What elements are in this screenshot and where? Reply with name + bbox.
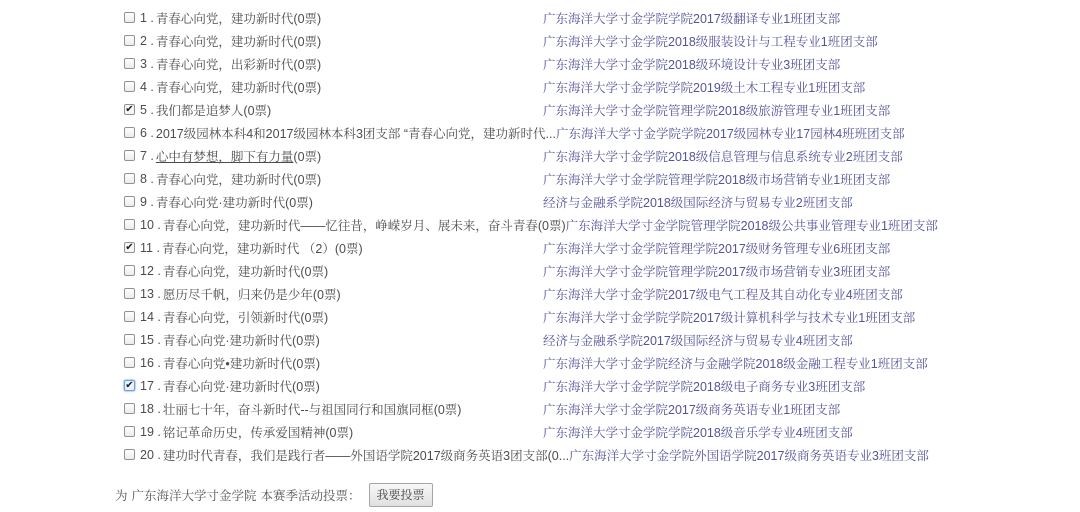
vote-row: 1 . 青春心向党，建功新时代 (0票) 广东海洋大学寸金学院学院2017级翻译…	[124, 6, 1044, 29]
vote-org-cell: 广东海洋大学寸金学院学院2017级园林专业17园林4班班团支部	[556, 124, 1044, 142]
vote-checkbox[interactable]: ✔	[124, 242, 135, 253]
vote-entry: 20 . 建功时代青春，我们是践行者——外国语学院2017级商务英语3团支部(0…	[124, 446, 569, 464]
vote-checkbox[interactable]: ✔	[124, 380, 135, 391]
vote-count: (0票)	[300, 262, 328, 280]
vote-row: 13 . 愿历尽千帆，归来仍是少年 (0票) 广东海洋大学寸金学院2017级电气…	[124, 282, 1044, 305]
org-link[interactable]: 广东海洋大学寸金学院管理学院2017级财务管理专业6班团支部	[543, 242, 890, 256]
org-link[interactable]: 广东海洋大学寸金学院学院2018级音乐学专业4班团支部	[543, 426, 853, 440]
vote-org-cell: 广东海洋大学寸金学院管理学院2018级市场营销专业1班团支部	[543, 170, 1044, 188]
vote-row: 2 . 青春心向党，建功新时代 (0票) 广东海洋大学寸金学院2018级服装设计…	[124, 29, 1044, 52]
vote-entry: ✔ 17 . 青春心向党·建功新时代 (0票)	[124, 377, 543, 395]
vote-checkbox[interactable]: ✔	[124, 104, 135, 115]
vote-org-cell: 广东海洋大学寸金学院管理学院2018级公共事业管理专业1班团支部	[566, 216, 1044, 234]
vote-entry: 6 . 2017级园林本科4和2017级园林本科3团支部 “青春心向党，建功新时…	[124, 124, 556, 142]
vote-count: (0票)	[335, 239, 363, 257]
vote-title: 青春心向党，建功新时代——忆往昔，峥嵘岁月、展未来，奋斗青春	[163, 216, 538, 234]
vote-title: 心中有梦想，脚下有力量	[156, 147, 294, 165]
vote-checkbox[interactable]	[124, 311, 135, 322]
org-link[interactable]: 广东海洋大学寸金学院外国语学院2017级商务英语专业3班团支部	[569, 449, 929, 463]
vote-row: ✔ 11 . 青春心向党，建功新时代 （2） (0票) 广东海洋大学寸金学院管理…	[124, 236, 1044, 259]
vote-count: (0票)	[293, 147, 321, 165]
vote-count: (0票)	[300, 308, 328, 326]
vote-checkbox[interactable]	[124, 357, 135, 368]
org-link[interactable]: 广东海洋大学寸金学院2018级信息管理与信息系统专业2班团支部	[543, 150, 903, 164]
vote-row: 12 . 青春心向党，建功新时代 (0票) 广东海洋大学寸金学院管理学院2017…	[124, 259, 1044, 282]
vote-number: 15 .	[140, 333, 161, 347]
vote-entry: 14 . 青春心向党，引领新时代 (0票)	[124, 308, 543, 326]
org-link[interactable]: 广东海洋大学寸金学院2017级商务英语专业1班团支部	[543, 403, 840, 417]
vote-org-cell: 广东海洋大学寸金学院外国语学院2017级商务英语专业3班团支部	[569, 446, 1044, 464]
vote-row: 18 . 壮丽七十年，奋斗新时代--与祖国同行和国旗同框 (0票) 广东海洋大学…	[124, 397, 1044, 420]
vote-row: 15 . 青春心向党·建功新时代 (0票) 经济与金融系学院2017级国际经济与…	[124, 328, 1044, 351]
vote-org-cell: 广东海洋大学寸金学院管理学院2017级市场营销专业3班团支部	[543, 262, 1044, 280]
vote-checkbox[interactable]	[124, 35, 135, 46]
vote-row: 3 . 青春心向党，出彩新时代 (0票) 广东海洋大学寸金学院2018级环境设计…	[124, 52, 1044, 75]
vote-count: (0票)	[293, 32, 321, 50]
org-link[interactable]: 广东海洋大学寸金学院2018级环境设计专业3班团支部	[543, 58, 840, 72]
vote-title: 青春心向党•建功新时代	[163, 354, 292, 372]
vote-org-cell: 经济与金融系学院2018级国际经济与贸易专业2班团支部	[543, 193, 1044, 211]
vote-count: (0票)	[293, 55, 321, 73]
footer-suffix: 本赛季活动投票：	[261, 486, 361, 504]
vote-number: 7 .	[140, 149, 154, 163]
vote-count: (0票)	[538, 216, 566, 234]
vote-title: 青春心向党，引领新时代	[163, 308, 301, 326]
vote-count: (0票)	[293, 9, 321, 27]
vote-title: 青春心向党·建功新时代	[156, 193, 285, 211]
vote-footer: 为 广东海洋大学寸金学院 本赛季活动投票： 我要投票	[115, 483, 1080, 507]
org-link[interactable]: 广东海洋大学寸金学院管理学院2018级公共事业管理专业1班团支部	[566, 219, 938, 233]
vote-title: 青春心向党·建功新时代	[163, 331, 292, 349]
vote-checkbox[interactable]	[124, 127, 135, 138]
vote-title: 青春心向党，建功新时代	[156, 78, 294, 96]
vote-org-cell: 广东海洋大学寸金学院学院2019级土木工程专业1班团支部	[543, 78, 1044, 96]
vote-checkbox[interactable]	[124, 288, 135, 299]
vote-entry: 16 . 青春心向党•建功新时代 (0票)	[124, 354, 543, 372]
vote-count: (0票)	[292, 331, 320, 349]
vote-number: 3 .	[140, 57, 154, 71]
vote-checkbox[interactable]	[124, 196, 135, 207]
vote-number: 16 .	[140, 356, 161, 370]
vote-number: 5 .	[140, 103, 154, 117]
vote-entry: 10 . 青春心向党，建功新时代——忆往昔，峥嵘岁月、展未来，奋斗青春 (0票)	[124, 216, 566, 234]
vote-number: 19 .	[140, 425, 161, 439]
vote-row: ✔ 5 . 我们都是追梦人 (0票) 广东海洋大学寸金学院管理学院2018级旅游…	[124, 98, 1044, 121]
vote-entry: 15 . 青春心向党·建功新时代 (0票)	[124, 331, 543, 349]
vote-number: 20 .	[140, 448, 161, 462]
vote-entry: ✔ 5 . 我们都是追梦人 (0票)	[124, 101, 543, 119]
vote-number: 13 .	[140, 287, 161, 301]
vote-org-cell: 广东海洋大学寸金学院经济与金融学院2018级金融工程专业1班团支部	[543, 354, 1044, 372]
vote-checkbox[interactable]	[124, 426, 135, 437]
vote-count: (0票)	[292, 354, 320, 372]
vote-row: 20 . 建功时代青春，我们是践行者——外国语学院2017级商务英语3团支部(0…	[124, 443, 1044, 466]
org-link[interactable]: 广东海洋大学寸金学院学院2017级翻译专业1班团支部	[543, 12, 840, 26]
org-link[interactable]: 经济与金融系学院2018级国际经济与贸易专业2班团支部	[543, 196, 853, 210]
org-link[interactable]: 广东海洋大学寸金学院管理学院2017级市场营销专业3班团支部	[543, 265, 890, 279]
vote-entry: 1 . 青春心向党，建功新时代 (0票)	[124, 9, 543, 27]
org-link[interactable]: 广东海洋大学寸金学院2017级电气工程及其自动化专业4班团支部	[543, 288, 903, 302]
org-link[interactable]: 广东海洋大学寸金学院学院2019级土木工程专业1班团支部	[543, 81, 865, 95]
vote-row: 14 . 青春心向党，引领新时代 (0票) 广东海洋大学寸金学院学院2017级计…	[124, 305, 1044, 328]
org-link[interactable]: 广东海洋大学寸金学院学院2017级计算机科学与技术专业1班团支部	[543, 311, 915, 325]
org-link[interactable]: 经济与金融系学院2017级国际经济与贸易专业4班团支部	[543, 334, 853, 348]
vote-count: (0票)	[293, 170, 321, 188]
vote-entry: 2 . 青春心向党，建功新时代 (0票)	[124, 32, 543, 50]
vote-checkbox[interactable]	[124, 81, 135, 92]
org-link[interactable]: 广东海洋大学寸金学院学院2017级园林专业17园林4班班团支部	[556, 127, 905, 141]
vote-row: 19 . 铭记革命历史，传承爱国精神 (0票) 广东海洋大学寸金学院学院2018…	[124, 420, 1044, 443]
vote-title: 青春心向党·建功新时代	[163, 377, 292, 395]
vote-title: 青春心向党，建功新时代	[156, 32, 294, 50]
vote-org-cell: 广东海洋大学寸金学院2018级信息管理与信息系统专业2班团支部	[543, 147, 1044, 165]
vote-title: 青春心向党，出彩新时代	[156, 55, 294, 73]
org-link[interactable]: 广东海洋大学寸金学院学院2018级电子商务专业3班团支部	[543, 380, 865, 394]
vote-checkbox[interactable]	[124, 150, 135, 161]
vote-checkbox[interactable]	[124, 403, 135, 414]
vote-checkbox[interactable]	[124, 265, 135, 276]
vote-title: 青春心向党，建功新时代 （2）	[162, 239, 335, 257]
vote-org-cell: 广东海洋大学寸金学院2017级商务英语专业1班团支部	[543, 400, 1044, 418]
footer-prefix: 为	[115, 486, 128, 504]
vote-org-cell: 经济与金融系学院2017级国际经济与贸易专业4班团支部	[543, 331, 1044, 349]
vote-submit-button[interactable]: 我要投票	[369, 483, 433, 507]
vote-count: (0票)	[243, 101, 271, 119]
vote-number: 18 .	[140, 402, 161, 416]
vote-number: 9 .	[140, 195, 154, 209]
vote-number: 6 .	[140, 126, 154, 140]
vote-title: 青春心向党，建功新时代	[163, 262, 301, 280]
vote-number: 11 .	[140, 241, 160, 255]
vote-title: 建功时代青春，我们是践行者——外国语学院2017级商务英语3团支部(0...	[163, 446, 569, 464]
vote-row: 10 . 青春心向党，建功新时代——忆往昔，峥嵘岁月、展未来，奋斗青春 (0票)…	[124, 213, 1044, 236]
vote-checkbox[interactable]	[124, 449, 135, 460]
vote-entry: 9 . 青春心向党·建功新时代 (0票)	[124, 193, 543, 211]
vote-number: 8 .	[140, 172, 154, 186]
vote-number: 4 .	[140, 80, 154, 94]
vote-row: 7 . 心中有梦想，脚下有力量 (0票) 广东海洋大学寸金学院2018级信息管理…	[124, 144, 1044, 167]
vote-org-cell: 广东海洋大学寸金学院2018级服装设计与工程专业1班团支部	[543, 32, 1044, 50]
vote-count: (0票)	[313, 285, 341, 303]
vote-checkbox[interactable]	[124, 219, 135, 230]
vote-title: 壮丽七十年，奋斗新时代--与祖国同行和国旗同框	[163, 400, 434, 418]
vote-number: 17 .	[140, 379, 161, 393]
vote-entry: 8 . 青春心向党，建功新时代 (0票)	[124, 170, 543, 188]
org-link[interactable]: 广东海洋大学寸金学院2018级服装设计与工程专业1班团支部	[543, 35, 878, 49]
org-link[interactable]: 广东海洋大学寸金学院管理学院2018级市场营销专业1班团支部	[543, 173, 890, 187]
vote-entry: 18 . 壮丽七十年，奋斗新时代--与祖国同行和国旗同框 (0票)	[124, 400, 543, 418]
vote-title: 愿历尽千帆，归来仍是少年	[163, 285, 313, 303]
vote-row: 6 . 2017级园林本科4和2017级园林本科3团支部 “青春心向党，建功新时…	[124, 121, 1044, 144]
vote-title: 我们都是追梦人	[156, 101, 244, 119]
vote-checkbox[interactable]	[124, 334, 135, 345]
vote-row: 8 . 青春心向党，建功新时代 (0票) 广东海洋大学寸金学院管理学院2018级…	[124, 167, 1044, 190]
vote-checkbox[interactable]	[124, 173, 135, 184]
org-link[interactable]: 广东海洋大学寸金学院经济与金融学院2018级金融工程专业1班团支部	[543, 357, 928, 371]
vote-number: 2 .	[140, 34, 154, 48]
vote-row: ✔ 17 . 青春心向党·建功新时代 (0票) 广东海洋大学寸金学院学院2018…	[124, 374, 1044, 397]
vote-row: 16 . 青春心向党•建功新时代 (0票) 广东海洋大学寸金学院经济与金融学院2…	[124, 351, 1044, 374]
vote-entry: 12 . 青春心向党，建功新时代 (0票)	[124, 262, 543, 280]
vote-entry: 3 . 青春心向党，出彩新时代 (0票)	[124, 55, 543, 73]
vote-title: 2017级园林本科4和2017级园林本科3团支部 “青春心向党，建功新时代...	[156, 124, 556, 142]
vote-title: 青春心向党，建功新时代	[156, 9, 294, 27]
org-link[interactable]: 广东海洋大学寸金学院管理学院2018级旅游管理专业1班团支部	[543, 104, 890, 118]
footer-school-name: 广东海洋大学寸金学院	[132, 486, 257, 504]
vote-entry: 4 . 青春心向党，建功新时代 (0票)	[124, 78, 543, 96]
vote-title: 青春心向党，建功新时代	[156, 170, 294, 188]
vote-entry: 13 . 愿历尽千帆，归来仍是少年 (0票)	[124, 285, 543, 303]
vote-org-cell: 广东海洋大学寸金学院2017级电气工程及其自动化专业4班团支部	[543, 285, 1044, 303]
vote-count: (0票)	[293, 78, 321, 96]
vote-count: (0票)	[285, 193, 313, 211]
vote-entry: 7 . 心中有梦想，脚下有力量 (0票)	[124, 147, 543, 165]
vote-org-cell: 广东海洋大学寸金学院学院2017级翻译专业1班团支部	[543, 9, 1044, 27]
vote-org-cell: 广东海洋大学寸金学院管理学院2018级旅游管理专业1班团支部	[543, 101, 1044, 119]
vote-count: (0票)	[292, 377, 320, 395]
vote-count: (0票)	[325, 423, 353, 441]
vote-list: 1 . 青春心向党，建功新时代 (0票) 广东海洋大学寸金学院学院2017级翻译…	[124, 6, 1044, 466]
vote-number: 12 .	[140, 264, 161, 278]
vote-page: 1 . 青春心向党，建功新时代 (0票) 广东海洋大学寸金学院学院2017级翻译…	[0, 0, 1080, 507]
vote-org-cell: 广东海洋大学寸金学院学院2018级电子商务专业3班团支部	[543, 377, 1044, 395]
vote-org-cell: 广东海洋大学寸金学院学院2017级计算机科学与技术专业1班团支部	[543, 308, 1044, 326]
vote-number: 14 .	[140, 310, 161, 324]
vote-checkbox[interactable]	[124, 58, 135, 69]
vote-org-cell: 广东海洋大学寸金学院2018级环境设计专业3班团支部	[543, 55, 1044, 73]
vote-org-cell: 广东海洋大学寸金学院学院2018级音乐学专业4班团支部	[543, 423, 1044, 441]
vote-entry: ✔ 11 . 青春心向党，建功新时代 （2） (0票)	[124, 239, 543, 257]
vote-entry: 19 . 铭记革命历史，传承爱国精神 (0票)	[124, 423, 543, 441]
vote-checkbox[interactable]	[124, 12, 135, 23]
vote-title: 铭记革命历史，传承爱国精神	[163, 423, 326, 441]
vote-number: 10 .	[140, 218, 161, 232]
vote-org-cell: 广东海洋大学寸金学院管理学院2017级财务管理专业6班团支部	[543, 239, 1044, 257]
vote-row: 9 . 青春心向党·建功新时代 (0票) 经济与金融系学院2018级国际经济与贸…	[124, 190, 1044, 213]
vote-number: 1 .	[140, 11, 154, 25]
vote-count: (0票)	[434, 400, 462, 418]
vote-row: 4 . 青春心向党，建功新时代 (0票) 广东海洋大学寸金学院学院2019级土木…	[124, 75, 1044, 98]
